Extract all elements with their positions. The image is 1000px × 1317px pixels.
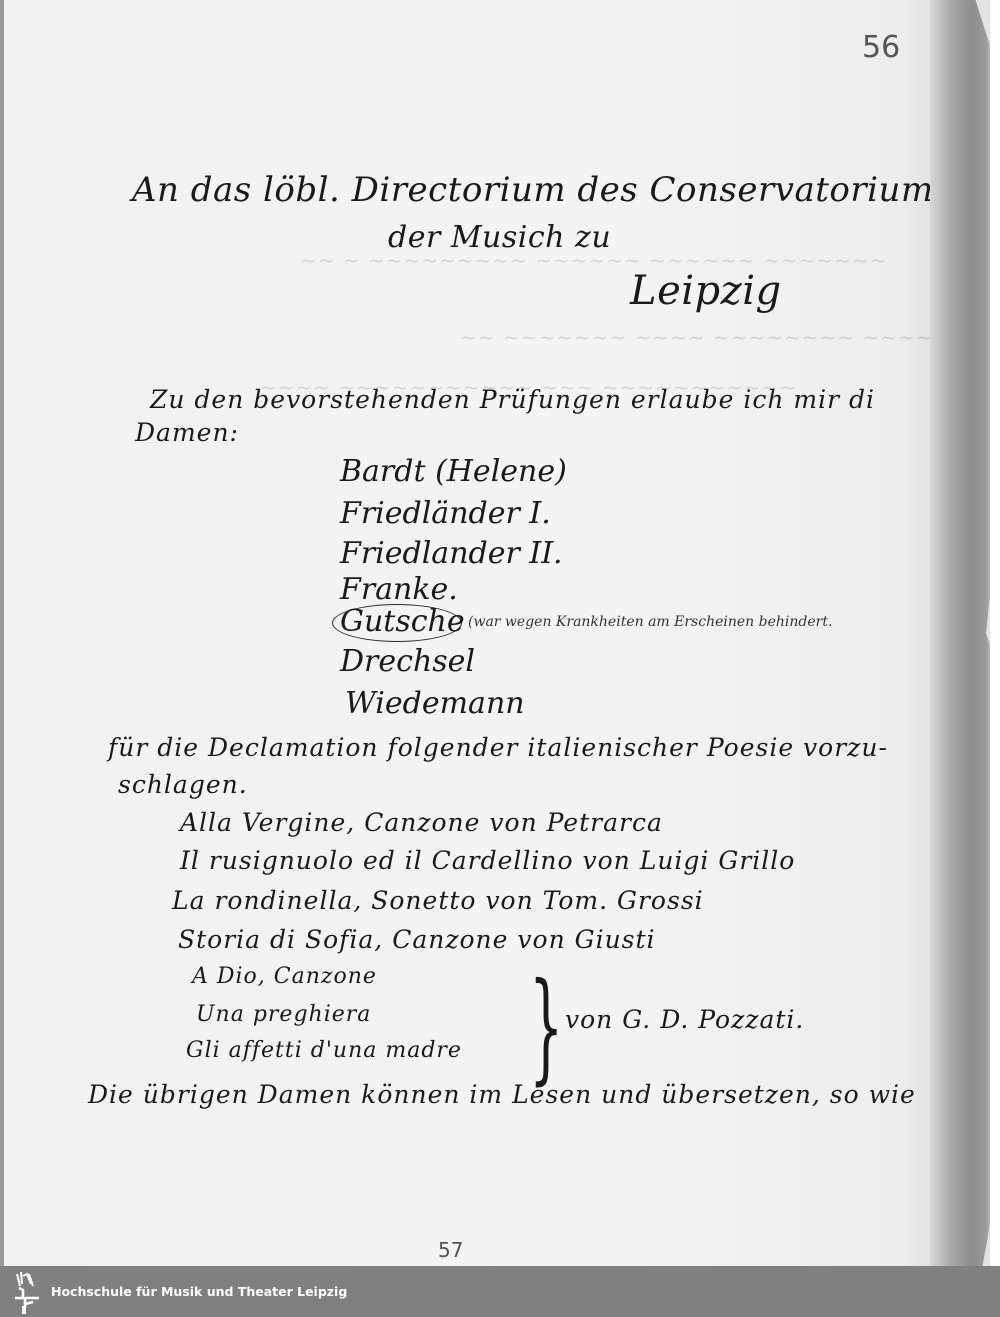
poem-item: Alla Vergine, Canzone von Petrarca: [180, 808, 663, 837]
hmt-leipzig-logo-icon: [9, 1268, 47, 1316]
folio-number-bottom: 57: [438, 1238, 463, 1262]
name-item: Friedländer I.: [340, 496, 551, 531]
footer-bar: Hochschule für Musik und Theater Leipzig: [0, 1266, 1000, 1317]
name-item: Franke.: [340, 572, 458, 607]
page-right-margin: [990, 0, 1000, 1266]
bleed-through-text: ~~ ~~~~~~~ ~~~~ ~~~~~~~~ ~~~~ ~~ ~~: [460, 325, 1000, 349]
manuscript-page: ~~ ~ ~~~~~~~~~ ~~~~~~ ~~~~~~ ~~~~~~~ ~~ …: [0, 0, 1000, 1266]
pozzati-title: A Dio, Canzone: [192, 964, 377, 989]
declamation-line-1: für die Declamation folgender italienisc…: [108, 733, 888, 762]
closing-line: Die übrigen Damen können im Lesen und üb…: [88, 1080, 916, 1109]
pozzati-title: Una preghiera: [196, 1002, 371, 1027]
name-item: Drechsel: [340, 644, 475, 679]
declamation-line-2: schlagen.: [118, 770, 248, 799]
intro-line-1: Zu den bevorstehenden Prüfungen erlaube …: [150, 385, 875, 414]
folio-number-top: 56: [862, 30, 900, 65]
name-note: (war wegen Krankheiten am Erscheinen beh…: [468, 614, 832, 630]
address-line-1: An das löbl. Directorium des Conservator…: [132, 170, 934, 210]
poem-item: Storia di Sofia, Canzone von Giusti: [178, 925, 656, 954]
name-item: Bardt (Helene): [340, 454, 567, 489]
poem-item: Il rusignuolo ed il Cardellino von Luigi…: [180, 846, 795, 875]
brace-mark: }: [529, 968, 563, 1088]
address-line-2: der Musich zu: [388, 220, 611, 255]
address-line-3: Leipzig: [630, 268, 782, 314]
page-left-edge: [0, 0, 4, 1266]
intro-line-2: Damen:: [135, 418, 239, 447]
poem-item: La rondinella, Sonetto von Tom. Grossi: [172, 886, 704, 915]
name-item: Wiedemann: [345, 686, 525, 721]
pozzati-author: von G. D. Pozzati.: [565, 1005, 804, 1034]
pozzati-title: Gli affetti d'una madre: [186, 1038, 462, 1063]
institution-name: Hochschule für Musik und Theater Leipzig: [51, 1284, 347, 1299]
name-item: Gutsche: [340, 604, 465, 639]
name-item: Friedlander II.: [340, 536, 563, 571]
